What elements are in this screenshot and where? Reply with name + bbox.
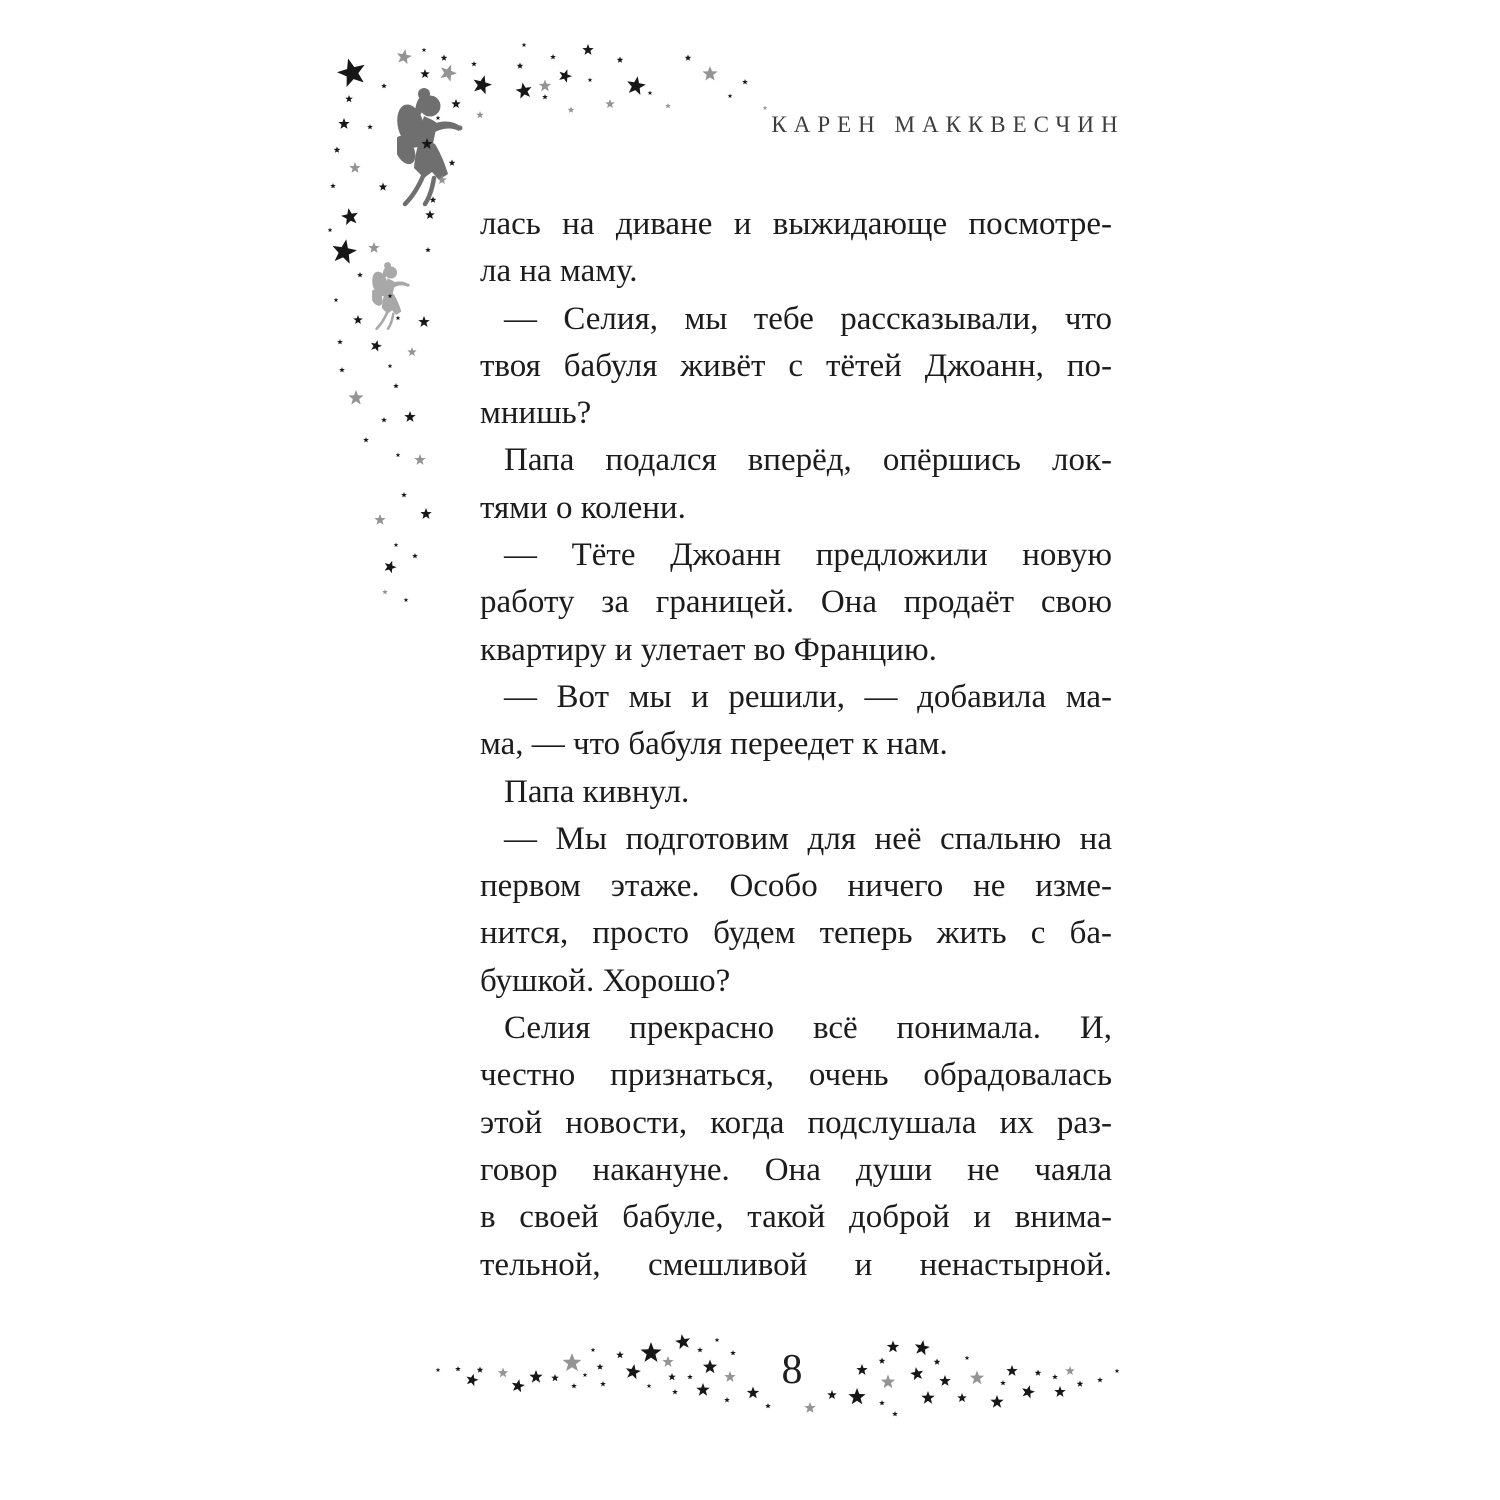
star-icon <box>668 1373 676 1380</box>
star-icon <box>550 54 556 59</box>
star-icon <box>341 208 358 225</box>
star-icon <box>337 59 365 88</box>
star-icon <box>648 91 653 96</box>
star-icon <box>396 453 401 458</box>
star-icon <box>345 95 353 102</box>
star-icon <box>539 80 551 92</box>
star-icon <box>887 1341 899 1353</box>
star-icon <box>685 55 692 61</box>
star-icon <box>385 561 397 573</box>
star-icon <box>1077 1381 1084 1387</box>
text-line: тями о колени. <box>480 485 1112 532</box>
star-icon <box>542 94 548 99</box>
star-icon <box>471 61 477 66</box>
star-icon <box>672 1389 678 1394</box>
star-icon <box>348 390 363 405</box>
star-icon <box>915 1340 930 1355</box>
star-icon <box>1097 1377 1103 1382</box>
star-icon <box>563 1353 582 1371</box>
star-icon <box>522 43 527 48</box>
star-icon <box>529 1370 542 1383</box>
star-icon <box>957 1393 967 1402</box>
star-icon <box>441 55 448 61</box>
star-icon <box>605 99 615 108</box>
star-icon <box>425 247 431 252</box>
star-icon <box>476 111 484 118</box>
star-icon <box>892 1411 898 1416</box>
text-line: — Мы подготовим для неё спальню на <box>480 816 1112 863</box>
fairy-silhouette-icon <box>397 86 463 208</box>
page-number: 8 <box>782 1349 803 1391</box>
text-line: говор накануне. Она души не чаяла <box>480 1147 1112 1194</box>
star-icon <box>334 147 341 153</box>
text-line: первом этаже. Особо ничего не изме- <box>480 863 1112 910</box>
star-icon <box>939 1375 950 1386</box>
star-icon <box>333 239 357 264</box>
star-icon <box>551 1374 559 1381</box>
star-icon <box>910 1367 923 1380</box>
star-icon <box>568 107 575 113</box>
star-icon <box>338 118 349 129</box>
star-icon <box>627 76 646 95</box>
star-icon <box>600 1381 606 1386</box>
star-icon <box>381 417 387 422</box>
star-icon <box>374 514 385 525</box>
star-icon <box>675 1334 690 1349</box>
text-line: ла на маму. <box>480 248 1112 295</box>
star-icon <box>455 1366 461 1371</box>
star-icon <box>412 553 418 558</box>
star-icon <box>583 1373 588 1378</box>
text-line: — Вот мы и решили, — добавила ма- <box>480 674 1112 721</box>
star-icon <box>827 1390 837 1399</box>
star-icon <box>474 75 492 94</box>
star-icon <box>367 124 373 129</box>
star-icon <box>1035 1370 1042 1376</box>
star-icon <box>498 1368 508 1378</box>
text-line: Папа подался вперёд, опёршись лок- <box>480 437 1112 484</box>
star-icon <box>420 508 431 519</box>
star-icon <box>1052 1374 1058 1379</box>
star-icon <box>404 411 415 422</box>
body-text: лась на диване и выжидающе посмотре-ла н… <box>480 201 1112 1289</box>
star-icon <box>702 66 717 81</box>
star-icon <box>647 1384 652 1389</box>
text-line: Селия прекрасно всё понимала. И, <box>480 1005 1112 1052</box>
star-icon <box>641 1342 662 1362</box>
book-page: КАРЕН МАККВЕСЧИН лась на диване и выжида… <box>0 0 1500 1500</box>
star-icon <box>747 1387 759 1399</box>
star-icon <box>467 1374 479 1386</box>
star-icon <box>934 1359 941 1365</box>
star-icon <box>397 49 412 64</box>
star-icon <box>353 315 363 324</box>
star-icon <box>990 1395 1003 1408</box>
star-icon <box>334 298 339 303</box>
star-icon <box>921 1391 934 1404</box>
text-line: честно признаться, очень обрадовалась <box>480 1052 1112 1099</box>
star-icon <box>382 589 388 594</box>
star-icon <box>381 83 387 88</box>
star-icon <box>765 1403 771 1408</box>
star-icon <box>349 162 360 173</box>
star-icon <box>394 543 399 548</box>
star-icon <box>407 347 417 356</box>
star-icon <box>696 1383 709 1396</box>
star-icon <box>404 598 409 603</box>
star-icon <box>1000 1380 1006 1385</box>
star-icon <box>477 1367 484 1373</box>
star-icon <box>420 69 430 78</box>
star-icon <box>516 83 532 99</box>
star-icon <box>571 1383 577 1388</box>
star-icon <box>436 1368 441 1373</box>
text-line: Папа кивнул. <box>480 769 1112 816</box>
text-line: ма, — что бабуля переедет к нам. <box>480 721 1112 768</box>
star-icon <box>848 1388 865 1404</box>
star-icon <box>517 63 524 69</box>
star-icon <box>697 1347 703 1352</box>
text-line: работу за границей. Она продаёт свою <box>480 579 1112 626</box>
star-icon <box>715 1338 720 1343</box>
star-icon <box>1022 1385 1035 1398</box>
star-icon <box>591 1348 596 1353</box>
text-line: бушкой. Хорошо? <box>480 958 1112 1005</box>
star-icon <box>588 78 593 83</box>
text-line: нится, просто будем теперь жить с ба- <box>480 910 1112 957</box>
star-icon <box>368 242 379 253</box>
running-header: КАРЕН МАККВЕСЧИН <box>771 110 1124 140</box>
star-icon <box>742 79 748 84</box>
star-icon <box>703 1360 717 1374</box>
star-icon <box>724 1371 735 1382</box>
text-line: квартиру и улетает во Францию. <box>480 627 1112 674</box>
star-icon <box>970 1371 984 1385</box>
star-icon <box>879 1358 886 1364</box>
star-icon <box>1006 1365 1017 1376</box>
star-icon <box>418 316 429 327</box>
star-icon <box>879 1400 885 1405</box>
star-icon <box>724 1397 730 1402</box>
star-icon <box>330 183 336 188</box>
star-icon <box>422 48 427 53</box>
star-icon <box>687 1374 693 1379</box>
star-icon <box>881 1375 895 1389</box>
star-icon <box>414 454 425 465</box>
star-icon <box>730 1350 736 1355</box>
star-icon <box>616 1351 624 1358</box>
star-icon <box>371 340 382 351</box>
star-icon <box>728 94 733 99</box>
star-icon <box>763 106 768 111</box>
star-icon <box>379 183 388 191</box>
star-icon <box>512 1379 525 1392</box>
text-line: лась на диване и выжидающе посмотре- <box>480 201 1112 248</box>
star-icon <box>1115 1369 1120 1374</box>
text-line: этой новости, когда подслушала их раз- <box>480 1100 1112 1147</box>
star-icon <box>337 339 343 344</box>
star-icon <box>856 1364 867 1375</box>
star-icon <box>665 103 671 108</box>
text-line: — Тёте Джоанн предложили новую <box>480 532 1112 579</box>
star-icon <box>617 57 624 63</box>
star-icon <box>401 492 407 497</box>
text-line: мнишь? <box>480 390 1112 437</box>
star-icon <box>363 437 369 442</box>
star-icon <box>582 44 593 55</box>
text-line: тельной, смешливой и ненастырной. <box>480 1242 1112 1289</box>
star-icon <box>597 1364 604 1370</box>
text-line: в своей бабуле, такой доброй и внима- <box>480 1194 1112 1241</box>
star-icon <box>393 383 399 388</box>
star-icon <box>1054 1386 1065 1397</box>
star-icon <box>559 69 572 82</box>
fairy-silhouette-small-icon <box>372 261 410 331</box>
star-icon <box>339 367 345 372</box>
star-icon <box>965 1356 970 1361</box>
star-icon <box>1065 1366 1075 1375</box>
text-line: — Селия, мы тебе рассказывали, что <box>480 296 1112 343</box>
star-icon <box>425 210 435 219</box>
star-icon <box>804 1402 815 1413</box>
star-icon <box>662 1356 673 1367</box>
text-line: твоя бабуля живёт с тётей Джоанн, по- <box>480 343 1112 390</box>
star-icon <box>441 65 458 82</box>
star-icon <box>388 364 393 369</box>
star-icon <box>626 1364 641 1379</box>
star-icon <box>357 272 363 277</box>
star-icon <box>328 228 333 233</box>
